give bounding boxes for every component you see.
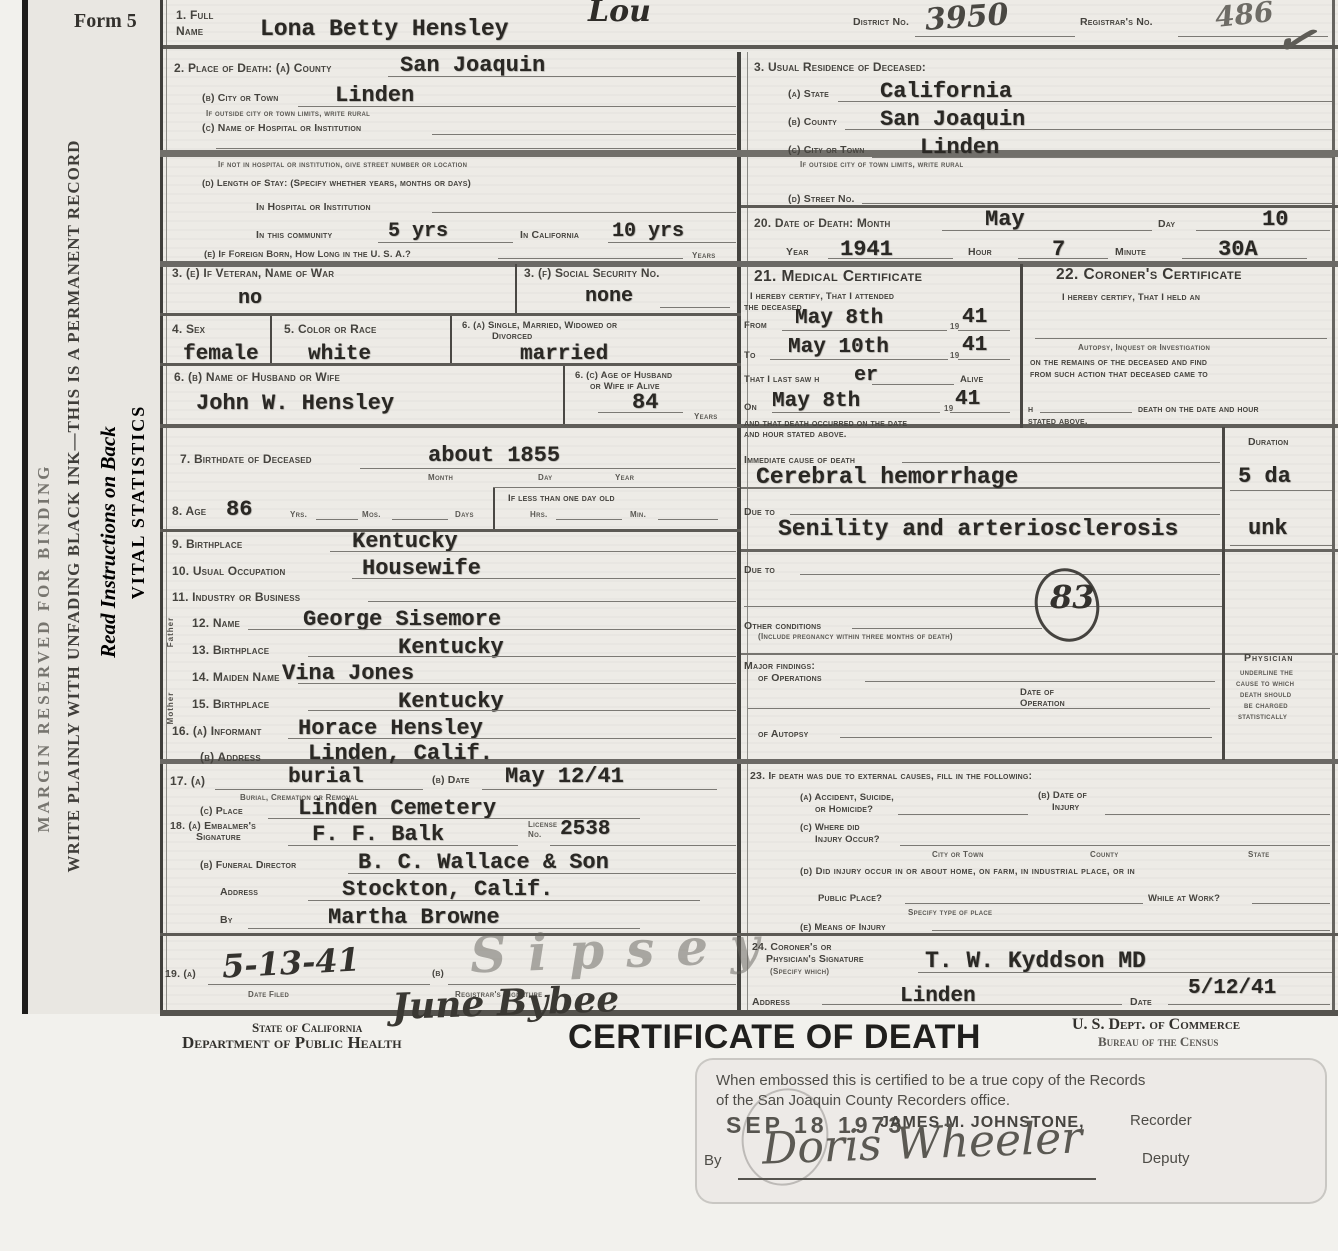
field-rule [822,1004,1122,1005]
cell-divider [450,316,452,363]
father-side-label: Father [166,606,175,658]
field-rule [782,330,947,331]
due-to-1-label: Due to [744,506,775,518]
pod-city-sub-label: If outside city or town limits, write ru… [206,109,370,118]
field-rule [608,242,736,243]
ext-specify-place-sub-label: Specify type of place [908,908,992,917]
marital-label-1: 6. (a) Single, Married, Widowed or [462,320,617,331]
column-divider [737,52,741,1012]
field-rule [1196,230,1330,231]
cert24-address-label: Address [752,996,790,1008]
field-rule [852,628,1042,629]
field-rule [215,789,423,790]
field-rule [308,710,736,711]
due-to-2-label: Due to [744,564,775,576]
field-rule [1230,490,1332,491]
med-to-label: To [744,350,756,361]
funeral-director-value: B. C. Wallace & Son [358,850,609,875]
med-on-year: 41 [955,388,980,411]
field-rule [770,359,948,360]
dod-year-label: Year [786,246,809,258]
spouse-label: 6. (b) Name of Husband or Wife [174,370,340,384]
other-conditions-sub-label: (Include pregnancy within three months o… [758,632,953,641]
informant-address-value: Linden, Calif. [308,741,493,766]
cert24-date-label: Date [1130,996,1152,1008]
physician-note-title: Physician [1244,652,1293,664]
birthdate-month-label: Month [428,473,453,482]
margin-binding-text: MARGIN RESERVED FOR BINDING [34,248,54,1048]
funeral-by-label: By [220,914,233,926]
registrar-b-label: (b) [432,968,444,979]
pod-community-label: In this community [256,229,332,241]
field-rule [915,36,1075,37]
field-rule [1105,814,1330,815]
ext-state-sub-label: State [1248,850,1270,859]
age-label: 8. Age [172,504,206,518]
pod-hospital-label: (c) Name of Hospital or Institution [202,122,361,134]
ext-accident-label-1: (a) Accident, Suicide, [800,792,894,803]
registrar-no-label: Registrar's No. [1080,16,1153,28]
immediate-cause-duration: 5 da [1238,464,1291,489]
full-name-label-2: Name [176,24,203,38]
field-rule [790,514,1220,515]
field-rule [1018,258,1108,259]
embalmer-name-value: F. F. Balk [312,822,444,847]
disposal-place-label: (c) Place [200,805,243,817]
pod-foreign-born-label: (e) If Foreign Born, How Long in the U. … [204,249,411,260]
mother-birthplace-label: 15. Birthplace [192,697,269,711]
field-rule [828,258,953,259]
cor-body-line-4: stated above. [1028,416,1088,427]
pod-city-label: (b) City or Town [202,92,279,104]
date-of-operation-label-1: Date of [1020,687,1054,698]
ext-county-sub-label: County [1090,850,1119,859]
ext-where-label-1: (c) Where did [800,822,860,833]
field-rule [556,519,622,520]
cor-certify-line: I hereby certify, That I held an [1062,292,1200,303]
name-annotation-handwriting: Lou [588,0,651,29]
margin-instructions-text: Read Instructions on Back [96,222,121,862]
field-rule [352,578,736,579]
field-rule [1168,1004,1330,1005]
cert24-signature-value: T. W. Kyddson MD [925,948,1146,974]
spouse-age-years-label: Years [694,412,718,421]
field-rule [216,148,736,149]
dod-month-value: May [985,207,1025,232]
age-yrs-label: Yrs. [290,510,307,519]
occupation-label: 10. Usual Occupation [172,564,286,578]
med-from-label: From [744,320,767,331]
med-certify-line-1: I hereby certify, That I attended [750,291,894,302]
field-rule [772,412,940,413]
mother-name-label: 14. Maiden Name [192,670,280,684]
field-rule [368,601,736,602]
field-rule [1182,258,1307,259]
cell-divider [493,488,495,529]
immediate-cause-value: Cerebral hemorrhage [756,464,1018,490]
field-rule [918,972,1332,973]
of-operations-label: of Operations [758,672,822,684]
cell-divider [270,316,272,363]
date-filed-field-label: 19. (a) [165,968,196,980]
ext-date-injury-label-1: (b) Date of [1038,790,1087,801]
field-rule [288,738,736,739]
med-to-year: 41 [962,334,987,357]
age-value: 86 [226,497,252,522]
pod-community-value: 5 yrs [388,220,448,243]
margin-vital-statistics-text: VITAL STATISTICS [128,242,149,762]
other-conditions-label: Other conditions [744,620,821,632]
disposal-label: 17. (a) [170,774,205,788]
field-rule [288,845,518,846]
signature-rule [738,1178,1096,1180]
field-rule [378,242,513,243]
age-less-than-day-label: If less than one day old [508,493,615,504]
field-rule [598,412,683,413]
med-on-label: On [744,402,757,413]
duration-column-line [1222,427,1225,760]
field-rule [902,462,1220,463]
ext-means-label: (e) Means of Injury [800,922,886,933]
scan-edge-line [22,0,28,1014]
cert24-label-1: 24. Coroner's or [752,941,832,953]
field-rule [482,789,717,790]
cell-divider [563,366,565,424]
marital-value: married [520,343,608,366]
ssn-label: 3. (f) Social Security No. [524,266,660,280]
field-rule [392,519,448,520]
field-rule [1230,545,1332,546]
pod-years-label: Years [692,251,716,260]
res-state-label: (a) State [788,88,829,100]
field-rule [432,134,736,135]
res-county-label: (b) County [788,116,837,128]
field-rule [1040,412,1132,413]
certificate-divider [1020,264,1023,428]
due-to-1-value: Senility and arteriosclerosis [778,516,1178,542]
pod-california-value: 10 yrs [612,220,684,243]
cor-h-label: h [1028,404,1033,415]
place-of-death-county-value: San Joaquin [400,53,545,78]
med-from-value: May 8th [795,307,883,330]
embalmer-license-label-2: No. [528,830,542,839]
field-rule [942,230,1152,231]
coroner-certificate-title: 22. Coroner's Certificate [1056,266,1242,284]
race-value: white [308,343,371,366]
ssn-value: none [585,285,633,308]
pod-california-label: In California [520,229,579,241]
field-rule [862,203,1332,204]
registrar-signature-flourish: Sipsey [469,915,782,985]
cor-body-line-3: death on the date and hour [1138,404,1259,415]
field-rule [248,629,736,630]
field-rule [900,845,1330,846]
field-rule [744,606,1222,607]
field-rule [838,101,1332,102]
field-rule [1035,338,1327,339]
district-no-value: 3950 [924,0,1010,38]
divider-band [741,549,1338,552]
field-rule [298,106,736,107]
pod-length-of-stay-label: (d) Length of Stay: (Specify whether yea… [202,178,471,189]
ext-while-at-work-label: While at Work? [1148,893,1220,904]
date-of-death-label: 20. Date of Death: Month [754,216,891,230]
physician-note-line-2: cause to which [1236,679,1294,688]
field-rule [308,656,736,657]
cor-body-line-1: on the remains of the deceased and find [1030,357,1207,368]
birthdate-day-label: Day [538,473,552,482]
field-rule [958,359,1010,360]
cell-top-rule [493,487,740,488]
spouse-value: John W. Hensley [196,391,394,416]
field-rule [550,845,736,846]
med-last-saw-label: That I last saw h [744,374,820,385]
field-rule [845,129,1332,130]
cert24-date-value: 5/12/41 [1188,977,1276,1000]
field-rule [748,708,1210,709]
district-no-label: District No. [853,16,909,28]
field-rule [898,814,1028,815]
footer-us-dept-line-2: Bureau of the Census [1098,1034,1218,1050]
cert24-specify-label: (Specify which) [770,967,829,976]
margin-ink-notice-text: WRITE PLAINLY WITH UNFADING BLACK INK—TH… [64,10,84,1002]
field-rule [840,737,1212,738]
birthplace-label: 9. Birthplace [172,537,242,551]
funeral-director-label: (b) Funeral Director [200,859,296,871]
field-rule [298,683,736,684]
medical-certificate-title: 21. Medical Certificate [754,268,922,286]
pod-city-value: Linden [335,83,414,108]
med-on-value: May 8th [772,390,860,413]
cor-body-line-2: from such action that deceased came to [1030,369,1208,380]
due-to-1-duration: unk [1248,516,1288,541]
code-83-value: 83 [1050,578,1095,616]
footer-state-line-2: Department of Public Health [182,1033,402,1053]
ext-city-sub-label: City or Town [932,850,984,859]
field-rule [658,519,718,520]
age-hrs-label: Hrs. [530,510,548,519]
date-filed-value: 5-13-41 [221,940,361,985]
pod-in-hospital-label: In Hospital or Institution [256,201,371,213]
footer-us-dept-line-1: U. S. Dept. of Commerce [1072,1016,1240,1034]
field-rule [800,574,1220,575]
physician-note-line-1: underline the [1240,668,1293,677]
med-tail-line-1: and that death occurred on the date [744,418,907,429]
sex-value: female [183,343,259,366]
stamp-by-label: By [704,1152,722,1169]
disposal-type-value: burial [288,766,364,789]
field-rule [872,384,954,385]
divider-band [741,205,1338,208]
birthdate-year-label: Year [615,473,634,482]
field-rule [660,307,730,308]
ext-accident-label-2: or Homicide? [815,804,873,815]
veteran-value: no [238,287,262,310]
disposal-date-label: (b) Date [432,774,470,786]
date-filed-sub-label: Date Filed [248,990,289,999]
of-autopsy-label: of Autopsy [758,728,809,740]
full-name-label-1: 1. Full [176,8,214,22]
res-street-label: (d) Street No. [788,193,855,205]
funeral-address-value: Stockton, Calif. [342,877,553,902]
field-rule [308,900,700,901]
field-rule [872,157,1332,158]
spouse-age-label-1: 6. (c) Age of Husband [575,370,672,381]
field-rule [498,258,683,259]
res-city-sub-label: If outside city of town limits, write ru… [800,160,963,169]
field-rule [932,930,1330,931]
physician-note-line-3: death should [1240,690,1291,699]
divider-band [163,45,1338,49]
death-certificate-scan: Form 5 MARGIN RESERVED FOR BINDING WRITE… [0,0,1338,1251]
certificate-of-death-title: CERTIFICATE OF DEATH [568,1018,981,1057]
dod-minute-label: Minute [1115,246,1146,258]
informant-label: 16. (a) Informant [172,724,262,738]
embalmer-license-label-1: License [528,820,557,829]
age-days-label: Days [455,510,474,519]
age-min-label: Min. [630,510,646,519]
med-certify-line-2: the deceased [744,302,802,313]
ext-did-injury-label: (d) Did injury occur in or about home, o… [800,866,1135,877]
embalmer-label-2: Signature [196,831,241,843]
pod-hospital-sub-label: If not in hospital or institution, give … [218,160,467,169]
physician-note-line-4: be charged [1244,701,1288,710]
birthdate-value: about 1855 [428,443,560,468]
full-name-value: Lona Betty Hensley [260,16,508,42]
cert24-label-2: Physician's Signature [766,953,864,965]
father-name-label: 12. Name [192,616,240,630]
med-from-year: 41 [962,306,987,329]
field-rule [905,903,1143,904]
field-rule [330,551,736,552]
field-rule [388,76,736,77]
place-of-death-label: 2. Place of Death: (a) County [174,61,332,75]
ext-date-injury-label-2: Injury [1052,802,1079,813]
disposal-date-value: May 12/41 [505,764,624,789]
sex-label: 4. Sex [172,322,205,336]
field-rule [432,212,736,213]
ext-where-label-2: Injury Occur? [815,834,880,845]
field-rule [348,873,736,874]
stamp-line-1: When embossed this is certified to be a … [716,1072,1145,1089]
field-rule [950,412,1010,413]
industry-label: 11. Industry or Business [172,590,300,604]
residence-label: 3. Usual Residence of Deceased: [754,60,926,74]
embalmer-license-value: 2538 [560,818,610,841]
med-alive-label: Alive [960,374,983,385]
dod-hour-label: Hour [968,246,992,258]
column-divider-inner [747,52,748,1012]
dod-day-label: Day [1158,218,1175,230]
father-birthplace-label: 13. Birthplace [192,643,269,657]
field-rule [1252,903,1330,904]
stamp-recorder-title: Recorder [1130,1112,1192,1129]
dod-day-value: 10 [1262,207,1288,232]
funeral-address-label: Address [220,886,258,898]
duration-label: Duration [1248,436,1289,448]
physician-note-line-5: statistically [1238,712,1287,721]
race-label: 5. Color or Race [284,322,377,336]
field-rule [316,519,358,520]
birthdate-label: 7. Birthdate of Deceased [180,452,312,466]
veteran-label: 3. (e) If Veteran, Name of War [172,266,334,280]
cell-divider [515,264,517,313]
external-causes-title: 23. If death was due to external causes,… [750,770,1032,782]
med-to-value: May 10th [788,336,889,359]
marital-label-2: Divorced [492,331,532,342]
major-findings-label: Major findings: [744,660,815,672]
informant-address-label: (b) Address [200,750,261,764]
ext-public-place-label: Public Place? [818,893,882,904]
age-mos-label: Mos. [362,510,381,519]
field-rule [865,681,1215,682]
med-tail-line-2: and hour stated above. [744,429,847,440]
stamp-deputy-label: Deputy [1142,1150,1190,1167]
field-rule [958,330,1010,331]
cor-blank-sub-label: Autopsy, Inquest or Investigation [1078,343,1210,352]
res-city-label: (c) City or Town [788,144,865,156]
scan-streak-band [160,150,1338,157]
field-rule [360,468,736,469]
